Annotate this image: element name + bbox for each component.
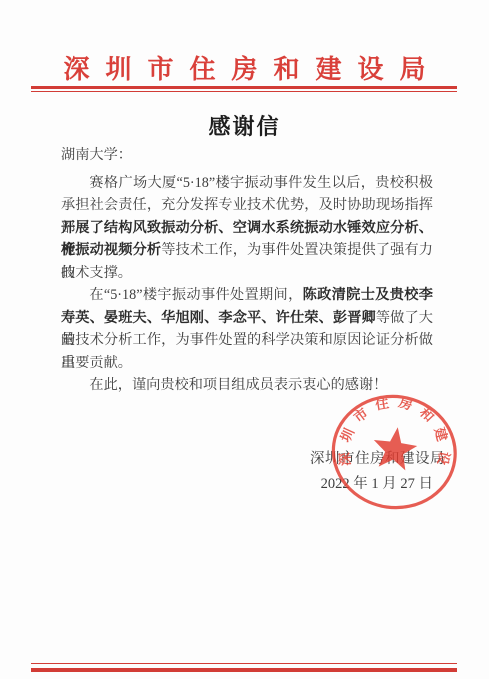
text-segment: 在此，谨向贵校和项目组成员表示衷心的感谢！: [89, 377, 387, 393]
page-title: 感谢信: [0, 110, 489, 141]
letter-body: 湖南大学： 赛格广场大厦“5·18”楼宇振动事件发生以后，贵校积极承担社会责任，…: [61, 144, 433, 397]
text-segment: 寿英、晏班夫、华旭刚、李念平、许仕荣、彭晋卿: [61, 310, 376, 326]
text-segment: 在“5·18”楼宇振动事件处置期间，: [89, 287, 302, 303]
signature-agency: 深圳市住房和建设局: [310, 447, 445, 468]
body-line: 在“5·18”楼宇振动事件处置期间，陈政清院士及贵校李: [61, 284, 433, 307]
letterhead-double-rule: [31, 86, 457, 92]
body-line: 技术支撑。: [61, 262, 433, 285]
footer-double-rule: [31, 663, 457, 672]
body-line: 赛格广场大厦“5·18”楼宇振动事件发生以后，贵校积极: [61, 172, 433, 195]
salutation: 湖南大学：: [61, 144, 433, 167]
text-segment: 赛格广场大厦“5·18”楼宇振动事件发生以后，贵校积极: [89, 175, 433, 191]
body-line: 的技术分析工作，为事件处置的科学决策和原因论证分析做出: [61, 329, 433, 352]
body-paragraphs: 赛格广场大厦“5·18”楼宇振动事件发生以后，贵校积极承担社会责任，充分发挥专业…: [61, 172, 433, 397]
body-line: 重要贡献。: [61, 352, 433, 375]
body-line: 承担社会责任，充分发挥专业技术优势，及时协助现场指挥部: [61, 194, 433, 217]
body-line: 杆振动视频分析等技术工作，为事件处置决策提供了强有力的: [61, 239, 433, 262]
text-segment: 技术支撑。: [61, 265, 132, 281]
text-segment: 陈政清院士及贵校李: [303, 287, 433, 303]
text-segment: 杆振动视频分析: [61, 242, 161, 258]
body-line: 开展了结构风致振动分析、空调水系统振动水锤效应分析、桅: [61, 217, 433, 240]
text-segment: 重要贡献。: [61, 355, 132, 371]
body-line: 寿英、晏班夫、华旭刚、李念平、许仕荣、彭晋卿等做了大量: [61, 307, 433, 330]
rule-thick-line: [31, 668, 457, 672]
signature-date: 2022 年 1 月 27 日: [321, 472, 433, 493]
body-line: 在此，谨向贵校和项目组成员表示衷心的感谢！: [61, 374, 433, 397]
letter-page: 深圳市住房和建设局 感谢信 湖南大学： 赛格广场大厦“5·18”楼宇振动事件发生…: [0, 0, 489, 679]
rule-thin-line: [31, 91, 457, 92]
letterhead-agency-name: 深圳市住房和建设局: [0, 49, 489, 86]
